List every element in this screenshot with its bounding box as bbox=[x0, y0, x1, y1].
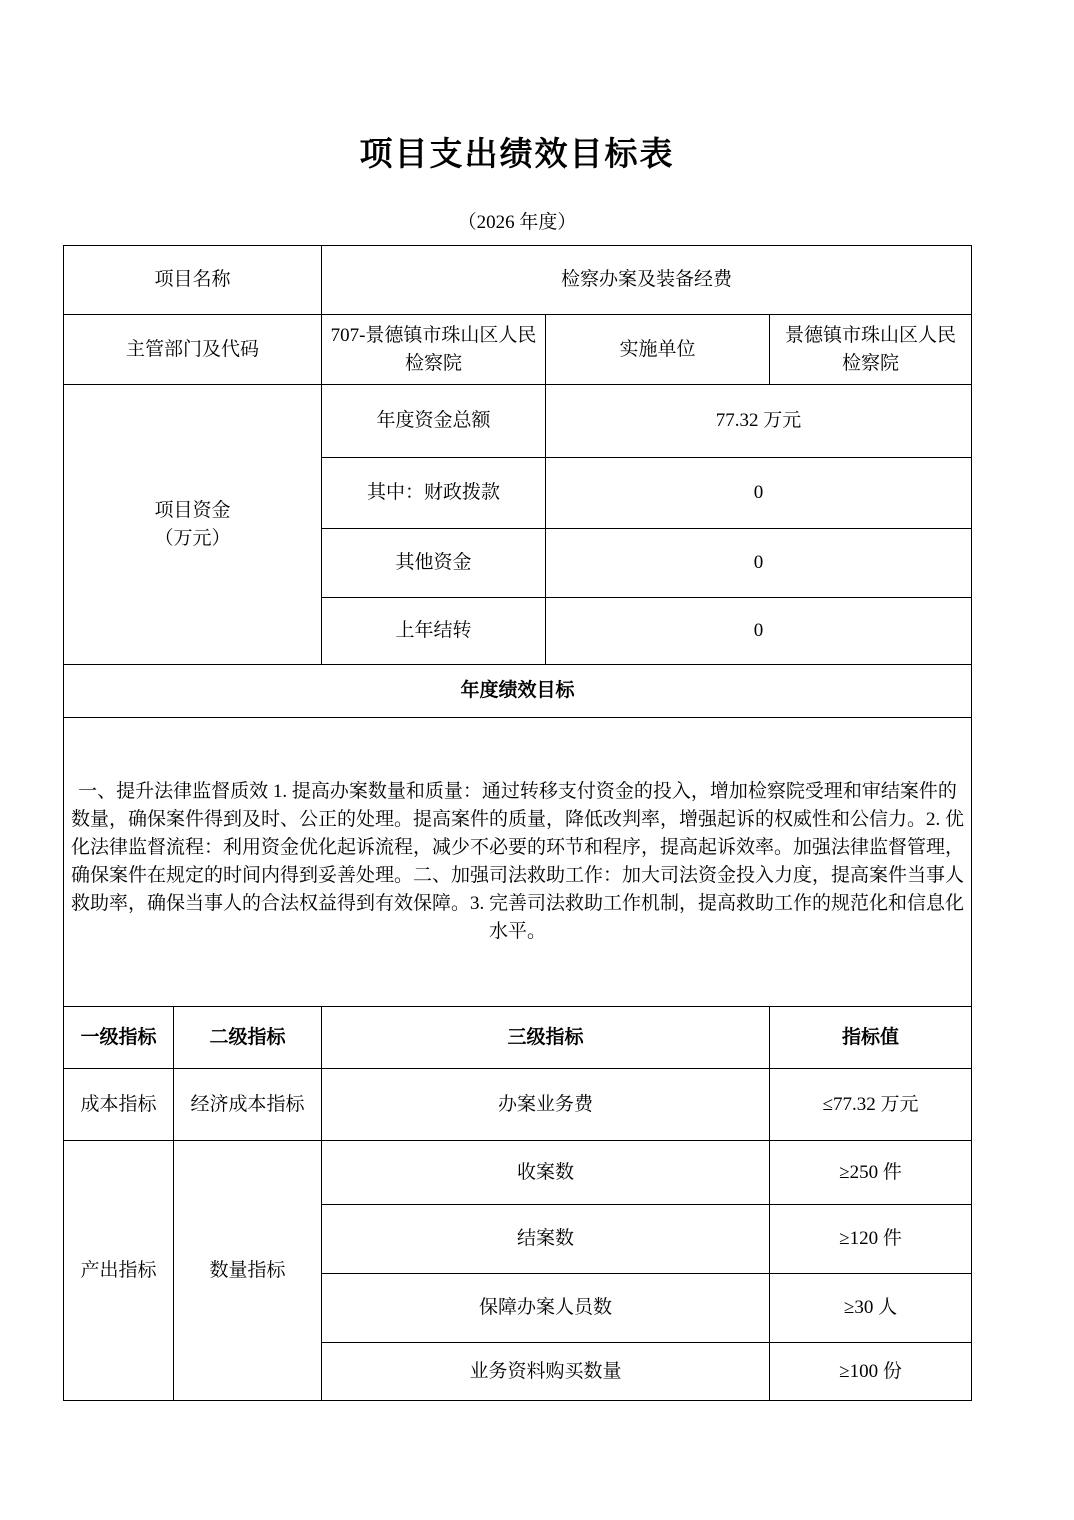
row-project-name: 项目名称 检察办案及装备经费 bbox=[64, 246, 972, 315]
fund-total-label: 年度资金总额 bbox=[322, 385, 546, 458]
cost-level1: 成本指标 bbox=[64, 1069, 174, 1141]
performance-target-table: 项目名称 检察办案及装备经费 主管部门及代码 707-景德镇市珠山区人民检察院 … bbox=[63, 245, 972, 1401]
output-row4-value: ≥100 份 bbox=[770, 1343, 972, 1401]
project-name-value: 检察办案及装备经费 bbox=[322, 246, 972, 315]
indicator-header-level1: 一级指标 bbox=[64, 1007, 174, 1069]
indicator-header-level3: 三级指标 bbox=[322, 1007, 770, 1069]
output-row4-level3: 业务资料购买数量 bbox=[322, 1343, 770, 1401]
fund-other-label: 其他资金 bbox=[322, 529, 546, 598]
fund-carryover-value: 0 bbox=[546, 598, 972, 665]
indicator-header-level2: 二级指标 bbox=[174, 1007, 322, 1069]
output-level2: 数量指标 bbox=[174, 1141, 322, 1401]
cost-value: ≤77.32 万元 bbox=[770, 1069, 972, 1141]
row-indicator-cost: 成本指标 经济成本指标 办案业务费 ≤77.32 万元 bbox=[64, 1069, 972, 1141]
project-funds-label-line1: 项目资金 bbox=[70, 497, 315, 525]
cost-level3: 办案业务费 bbox=[322, 1069, 770, 1141]
department-value: 707-景德镇市珠山区人民检察院 bbox=[322, 315, 546, 385]
cost-level2: 经济成本指标 bbox=[174, 1069, 322, 1141]
impl-unit-value: 景德镇市珠山区人民检察院 bbox=[770, 315, 972, 385]
page-subtitle: （2026 年度） bbox=[63, 212, 971, 234]
row-indicator-output-1: 产出指标 数量指标 收案数 ≥250 件 bbox=[64, 1141, 972, 1205]
project-funds-label-line2: （万元） bbox=[70, 525, 315, 553]
output-row1-value: ≥250 件 bbox=[770, 1141, 972, 1205]
row-indicator-headers: 一级指标 二级指标 三级指标 指标值 bbox=[64, 1007, 972, 1069]
project-funds-label: 项目资金 （万元） bbox=[64, 385, 322, 665]
output-row1-level3: 收案数 bbox=[322, 1141, 770, 1205]
project-name-label: 项目名称 bbox=[64, 246, 322, 315]
row-annual-goal-header: 年度绩效目标 bbox=[64, 665, 972, 718]
document-page: 项目支出绩效目标表 （2026 年度） 项目名称 检察办案及装备经费 主管部门及… bbox=[0, 0, 1074, 1520]
annual-goal-text: 一、提升法律监督质效 1. 提高办案数量和质量：通过转移支付资金的投入，增加检察… bbox=[64, 718, 972, 1007]
department-label: 主管部门及代码 bbox=[64, 315, 322, 385]
fund-total-value: 77.32 万元 bbox=[546, 385, 972, 458]
annual-goal-header: 年度绩效目标 bbox=[64, 665, 972, 718]
fund-fiscal-label: 其中：财政拨款 bbox=[322, 458, 546, 529]
row-annual-goal-text: 一、提升法律监督质效 1. 提高办案数量和质量：通过转移支付资金的投入，增加检察… bbox=[64, 718, 972, 1007]
fund-fiscal-value: 0 bbox=[546, 458, 972, 529]
output-row2-level3: 结案数 bbox=[322, 1205, 770, 1274]
page-title: 项目支出绩效目标表 bbox=[63, 0, 971, 172]
output-level1: 产出指标 bbox=[64, 1141, 174, 1401]
output-row2-value: ≥120 件 bbox=[770, 1205, 972, 1274]
fund-carryover-label: 上年结转 bbox=[322, 598, 546, 665]
fund-other-value: 0 bbox=[546, 529, 972, 598]
output-row3-level3: 保障办案人员数 bbox=[322, 1274, 770, 1343]
impl-unit-label: 实施单位 bbox=[546, 315, 770, 385]
row-department: 主管部门及代码 707-景德镇市珠山区人民检察院 实施单位 景德镇市珠山区人民检… bbox=[64, 315, 972, 385]
output-row3-value: ≥30 人 bbox=[770, 1274, 972, 1343]
indicator-header-value: 指标值 bbox=[770, 1007, 972, 1069]
row-fund-total: 项目资金 （万元） 年度资金总额 77.32 万元 bbox=[64, 385, 972, 458]
